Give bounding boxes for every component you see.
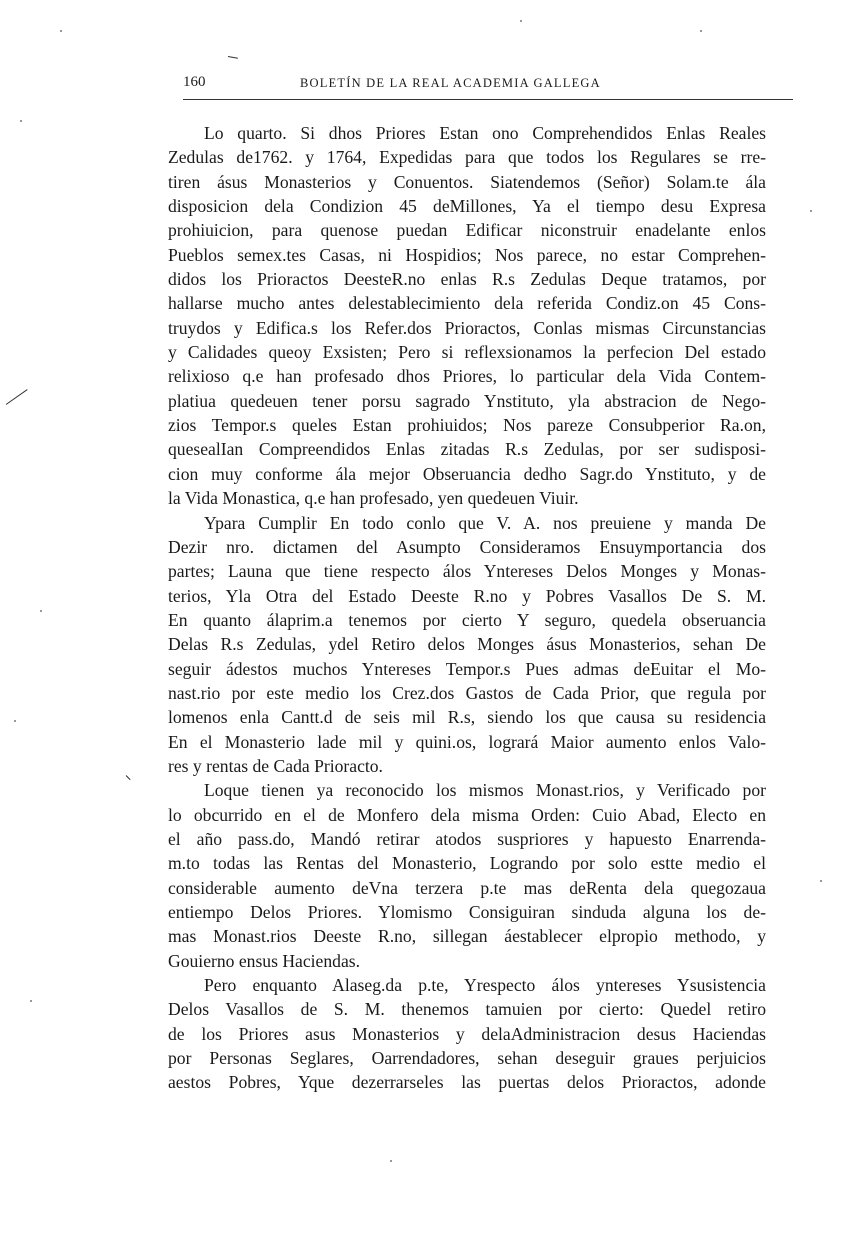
text-line: m.to todas las Rentas del Monasterio, Lo… — [168, 851, 766, 875]
text-line: mas Monast.rios Deeste R.no, sillegan áe… — [168, 924, 766, 948]
text-line: relixioso q.e han profesado dhos Priores… — [168, 364, 766, 388]
text-line: res y rentas de Cada Prioracto. — [168, 754, 766, 778]
paragraph-2: Ypara Cumplir En todo conlo que V. A. no… — [168, 511, 766, 779]
text-line: truydos y Edifica.s los Refer.dos Priora… — [168, 316, 766, 340]
scan-speck — [700, 30, 702, 32]
paragraph-3: Loque tienen ya reconocido los mismos Mo… — [168, 778, 766, 973]
text-line: En el Monasterio lade mil y quini.os, lo… — [168, 730, 766, 754]
text-line: y Calidades queoy Exsisten; Pero si refl… — [168, 340, 766, 364]
text-line: Ypara Cumplir En todo conlo que V. A. no… — [168, 511, 766, 535]
text-line: didos los Prioractos DeesteR.no enlas R.… — [168, 267, 766, 291]
body-text: Lo quarto. Si dhos Priores Estan ono Com… — [168, 121, 766, 1095]
text-line: tiren ásus Monasterios y Conuentos. Siat… — [168, 170, 766, 194]
text-line: de los Priores asus Monasterios y delaAd… — [168, 1022, 766, 1046]
text-line: considerable aumento deVna terzera p.te … — [168, 876, 766, 900]
text-line: lomenos enla Cantt.d de seis mil R.s, si… — [168, 705, 766, 729]
margin-pencil-mark — [6, 389, 28, 405]
text-line: Pero enquanto Alaseg.da p.te, Yrespecto … — [168, 973, 766, 997]
scan-speck — [20, 120, 22, 122]
header-rule — [183, 99, 793, 100]
margin-pencil-mark — [228, 56, 238, 59]
scan-speck — [14, 720, 16, 722]
running-head: 160 BOLETÍN DE LA REAL ACADEMIA GALLEGA — [183, 74, 793, 94]
text-line: entiempo Delos Priores. Ylomismo Consigu… — [168, 900, 766, 924]
text-line: el año pass.do, Mandó retirar atodos sus… — [168, 827, 766, 851]
text-line: Gouierno ensus Haciendas. — [168, 949, 766, 973]
text-line: prohiuicion, para quenose puedan Edifica… — [168, 218, 766, 242]
scan-speck — [810, 210, 812, 212]
text-line: En quanto álaprim.a tenemos por cierto Y… — [168, 608, 766, 632]
scan-speck — [390, 1160, 392, 1162]
text-line: Delas R.s Zedulas, ydel Retiro delos Mon… — [168, 632, 766, 656]
text-line: Loque tienen ya reconocido los mismos Mo… — [168, 778, 766, 802]
text-line: platiua quedeuen tener porsu sagrado Yns… — [168, 389, 766, 413]
text-line: terios, Yla Otra del Estado Deeste R.no … — [168, 584, 766, 608]
text-line: Dezir nro. dictamen del Asumpto Consider… — [168, 535, 766, 559]
text-line: Delos Vasallos de S. M. thenemos tamuien… — [168, 997, 766, 1021]
text-line: lo obcurrido en el de Monfero dela misma… — [168, 803, 766, 827]
text-line: Zedulas de1762. y 1764, Expedidas para q… — [168, 145, 766, 169]
text-line: aestos Pobres, Yque dezerrarseles las pu… — [168, 1070, 766, 1094]
margin-pencil-mark — [126, 775, 131, 780]
journal-title: BOLETÍN DE LA REAL ACADEMIA GALLEGA — [300, 76, 601, 91]
text-line: seguir ádestos muchos Yntereses Tempor.s… — [168, 657, 766, 681]
text-line: cion muy conforme ála mejor Obseruancia … — [168, 462, 766, 486]
text-line: por Personas Seglares, Oarrendadores, se… — [168, 1046, 766, 1070]
text-line: zios Tempor.s queles Estan prohiuidos; N… — [168, 413, 766, 437]
paragraph-1: Lo quarto. Si dhos Priores Estan ono Com… — [168, 121, 766, 511]
text-line: la Vida Monastica, q.e han profesado, ye… — [168, 486, 766, 510]
scan-speck — [30, 1000, 32, 1002]
page-number: 160 — [183, 74, 206, 91]
scan-speck — [820, 880, 822, 882]
text-line: nast.rio por este medio los Crez.dos Gas… — [168, 681, 766, 705]
text-line: quesealIan Compreendidos Enlas zitadas R… — [168, 437, 766, 461]
text-line: disposicion dela Condizion 45 deMillones… — [168, 194, 766, 218]
scan-speck — [520, 20, 522, 22]
scanned-page: 160 BOLETÍN DE LA REAL ACADEMIA GALLEGA … — [0, 0, 850, 1250]
text-line: Lo quarto. Si dhos Priores Estan ono Com… — [168, 121, 766, 145]
text-line: partes; Launa que tiene respecto álos Yn… — [168, 559, 766, 583]
scan-speck — [60, 30, 62, 32]
text-line: hallarse mucho antes delestablecimiento … — [168, 291, 766, 315]
text-line: Pueblos semex.tes Casas, ni Hospidios; N… — [168, 243, 766, 267]
paragraph-4: Pero enquanto Alaseg.da p.te, Yrespecto … — [168, 973, 766, 1095]
scan-speck — [40, 610, 42, 612]
